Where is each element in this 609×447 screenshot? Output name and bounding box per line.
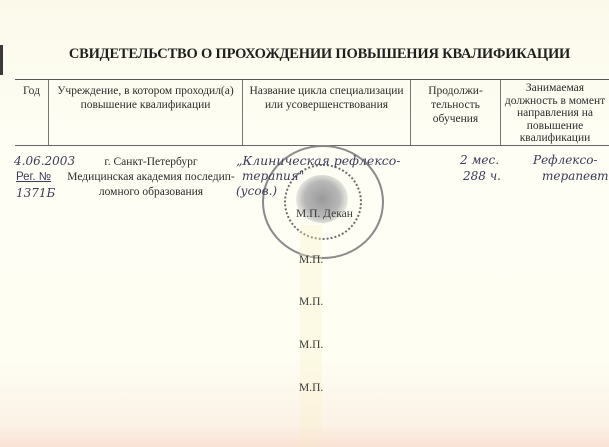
row-cycle-line-2: терапия" xyxy=(242,169,304,184)
header-position: Занимаемая должность в момент направлени… xyxy=(501,82,609,145)
header-year: Год xyxy=(15,84,48,98)
header-text-line: Название цикла специализации xyxy=(243,84,410,98)
row-institution: г. Санкт-Петербург Медицинская академия … xyxy=(56,155,246,200)
header-text-line: Продолжи- xyxy=(411,84,500,98)
stamp-label: М.П. xyxy=(299,254,323,266)
row-duration-hours: 288 ч. xyxy=(463,169,501,184)
header-text-line: или усовершенствования xyxy=(243,98,410,112)
header-text-line: обучения xyxy=(411,112,500,126)
paper-edge-stain xyxy=(0,425,609,447)
row-position-line-1: Рефлексо- xyxy=(533,153,597,168)
table-top-border xyxy=(15,79,609,80)
header-institution: Учреждение, в котором проходил(а) повыше… xyxy=(49,84,242,112)
header-text-line: тельность xyxy=(411,98,500,112)
stamp-label: М.П. xyxy=(299,339,323,351)
stamp-label: М.П. xyxy=(299,296,323,308)
stamp-label-dean: М.П. Декан xyxy=(296,208,353,220)
row-cycle-line-1: „Клиническая рефлексо- xyxy=(236,153,401,168)
institution-line: Медицинская академия последип- xyxy=(56,170,246,185)
header-text-line: Занимаемая xyxy=(501,82,609,95)
institution-line: ломного образования xyxy=(56,185,246,200)
row-position-line-2: терапевт xyxy=(542,169,609,184)
document-title: СВИДЕТЕЛЬСТВО О ПРОХОЖДЕНИИ ПОВЫШЕНИЯ КВ… xyxy=(0,46,609,63)
row-cycle-line-3: (усов.) xyxy=(236,184,277,199)
header-text-line: квалификации xyxy=(501,132,609,145)
header-year-text: Год xyxy=(15,84,48,98)
header-text-line: Учреждение, в котором проходил(а) xyxy=(49,84,242,98)
header-text-line: направления на xyxy=(501,107,609,120)
header-text-line: повышение квалификации xyxy=(49,98,242,112)
institution-line: г. Санкт-Петербург xyxy=(56,155,246,170)
certificate-page: СВИДЕТЕЛЬСТВО О ПРОХОЖДЕНИИ ПОВЫШЕНИЯ КВ… xyxy=(0,0,609,447)
header-text-line: повышение xyxy=(501,120,609,133)
row-reg-number: 1371Б xyxy=(16,186,55,201)
row-reg-label: Рег. № xyxy=(16,170,51,185)
stamp-label: М.П. xyxy=(299,382,323,394)
header-cycle: Название цикла специализации или усоверш… xyxy=(243,84,410,112)
row-duration-months: 2 мес. xyxy=(460,153,499,168)
header-duration: Продолжи- тельность обучения xyxy=(411,84,500,126)
header-text-line: должность в момент xyxy=(501,95,609,108)
